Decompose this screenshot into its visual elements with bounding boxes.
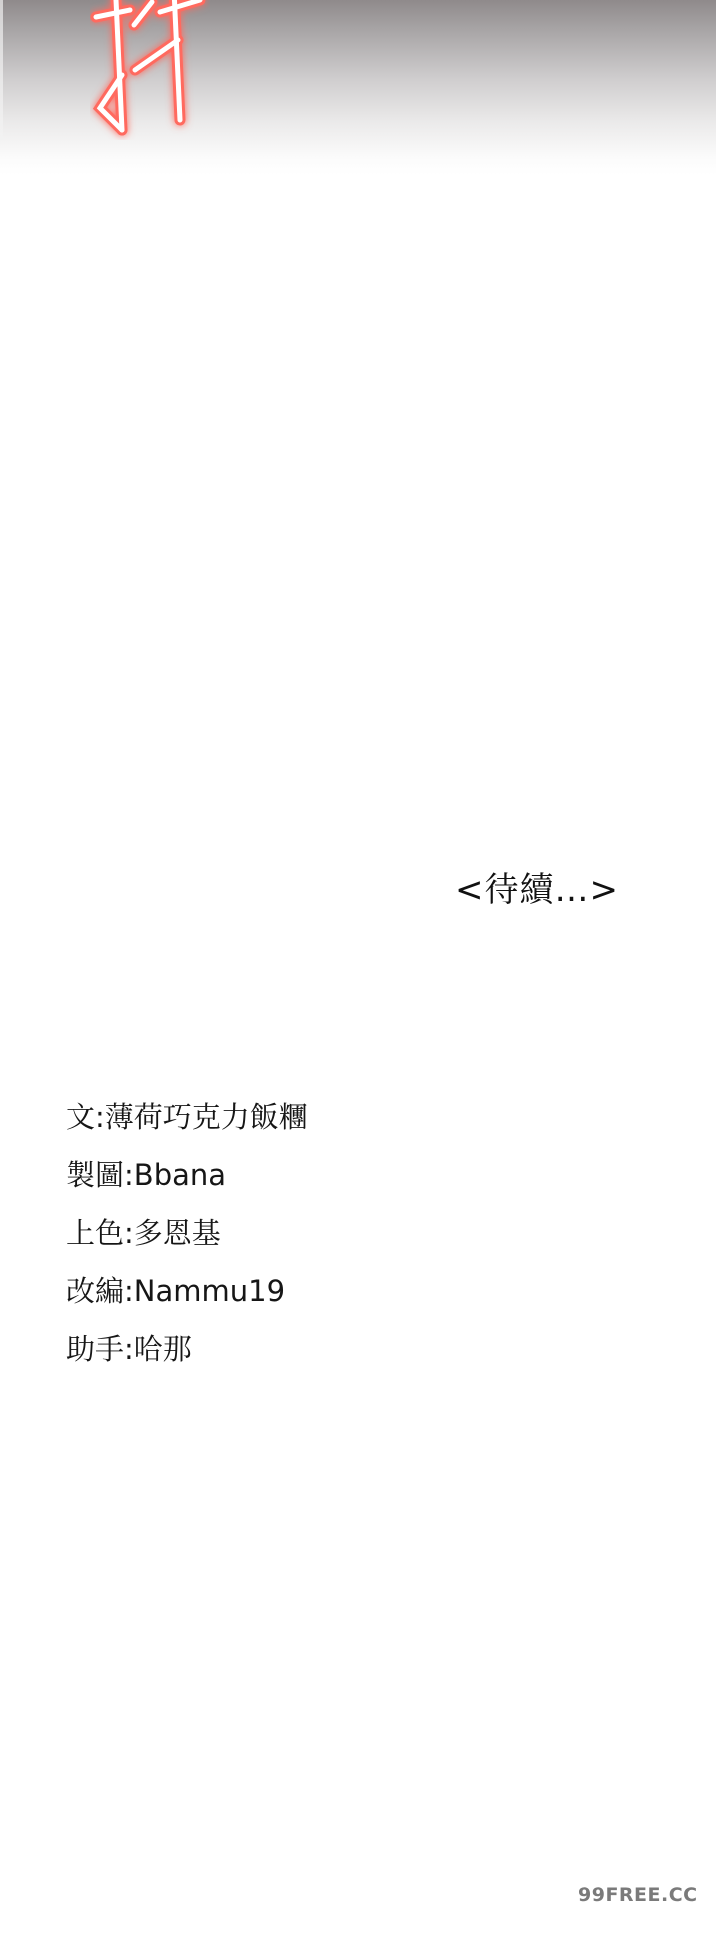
credit-colorist: 上色:多恩基 (66, 1204, 308, 1262)
site-watermark: 99FREE.CC (578, 1884, 698, 1906)
credit-name: Bbana (134, 1158, 226, 1192)
credit-name: 薄荷巧克力飯糰 (105, 1100, 308, 1134)
credit-separator: : (124, 1216, 134, 1250)
credit-name: Nammu19 (134, 1274, 285, 1308)
credit-adaptation: 改編:Nammu19 (66, 1262, 308, 1320)
glowing-sfx-lettering-icon (90, 0, 210, 140)
credit-name: 哈那 (134, 1332, 192, 1366)
panel-edge-left (0, 0, 3, 140)
credit-role: 上色 (66, 1216, 124, 1250)
credit-separator: : (124, 1332, 134, 1366)
credit-writer: 文:薄荷巧克力飯糰 (66, 1088, 308, 1146)
credit-role: 助手 (66, 1332, 124, 1366)
credit-separator: : (95, 1100, 105, 1134)
credit-role: 製圖 (66, 1158, 124, 1192)
panel-edge-right (716, 0, 720, 175)
credit-role: 文 (66, 1100, 95, 1134)
credit-role: 改編 (66, 1274, 124, 1308)
credit-assistant: 助手:哈那 (66, 1320, 308, 1378)
credit-name: 多恩基 (134, 1216, 221, 1250)
credit-separator: : (124, 1158, 134, 1192)
credits-block: 文:薄荷巧克力飯糰 製圖:Bbana 上色:多恩基 改編:Nammu19 助手:… (66, 1088, 308, 1378)
credit-artist: 製圖:Bbana (66, 1146, 308, 1204)
to-be-continued-label: <待續…> (455, 862, 619, 911)
top-comic-panel (0, 0, 720, 175)
credit-separator: : (124, 1274, 134, 1308)
